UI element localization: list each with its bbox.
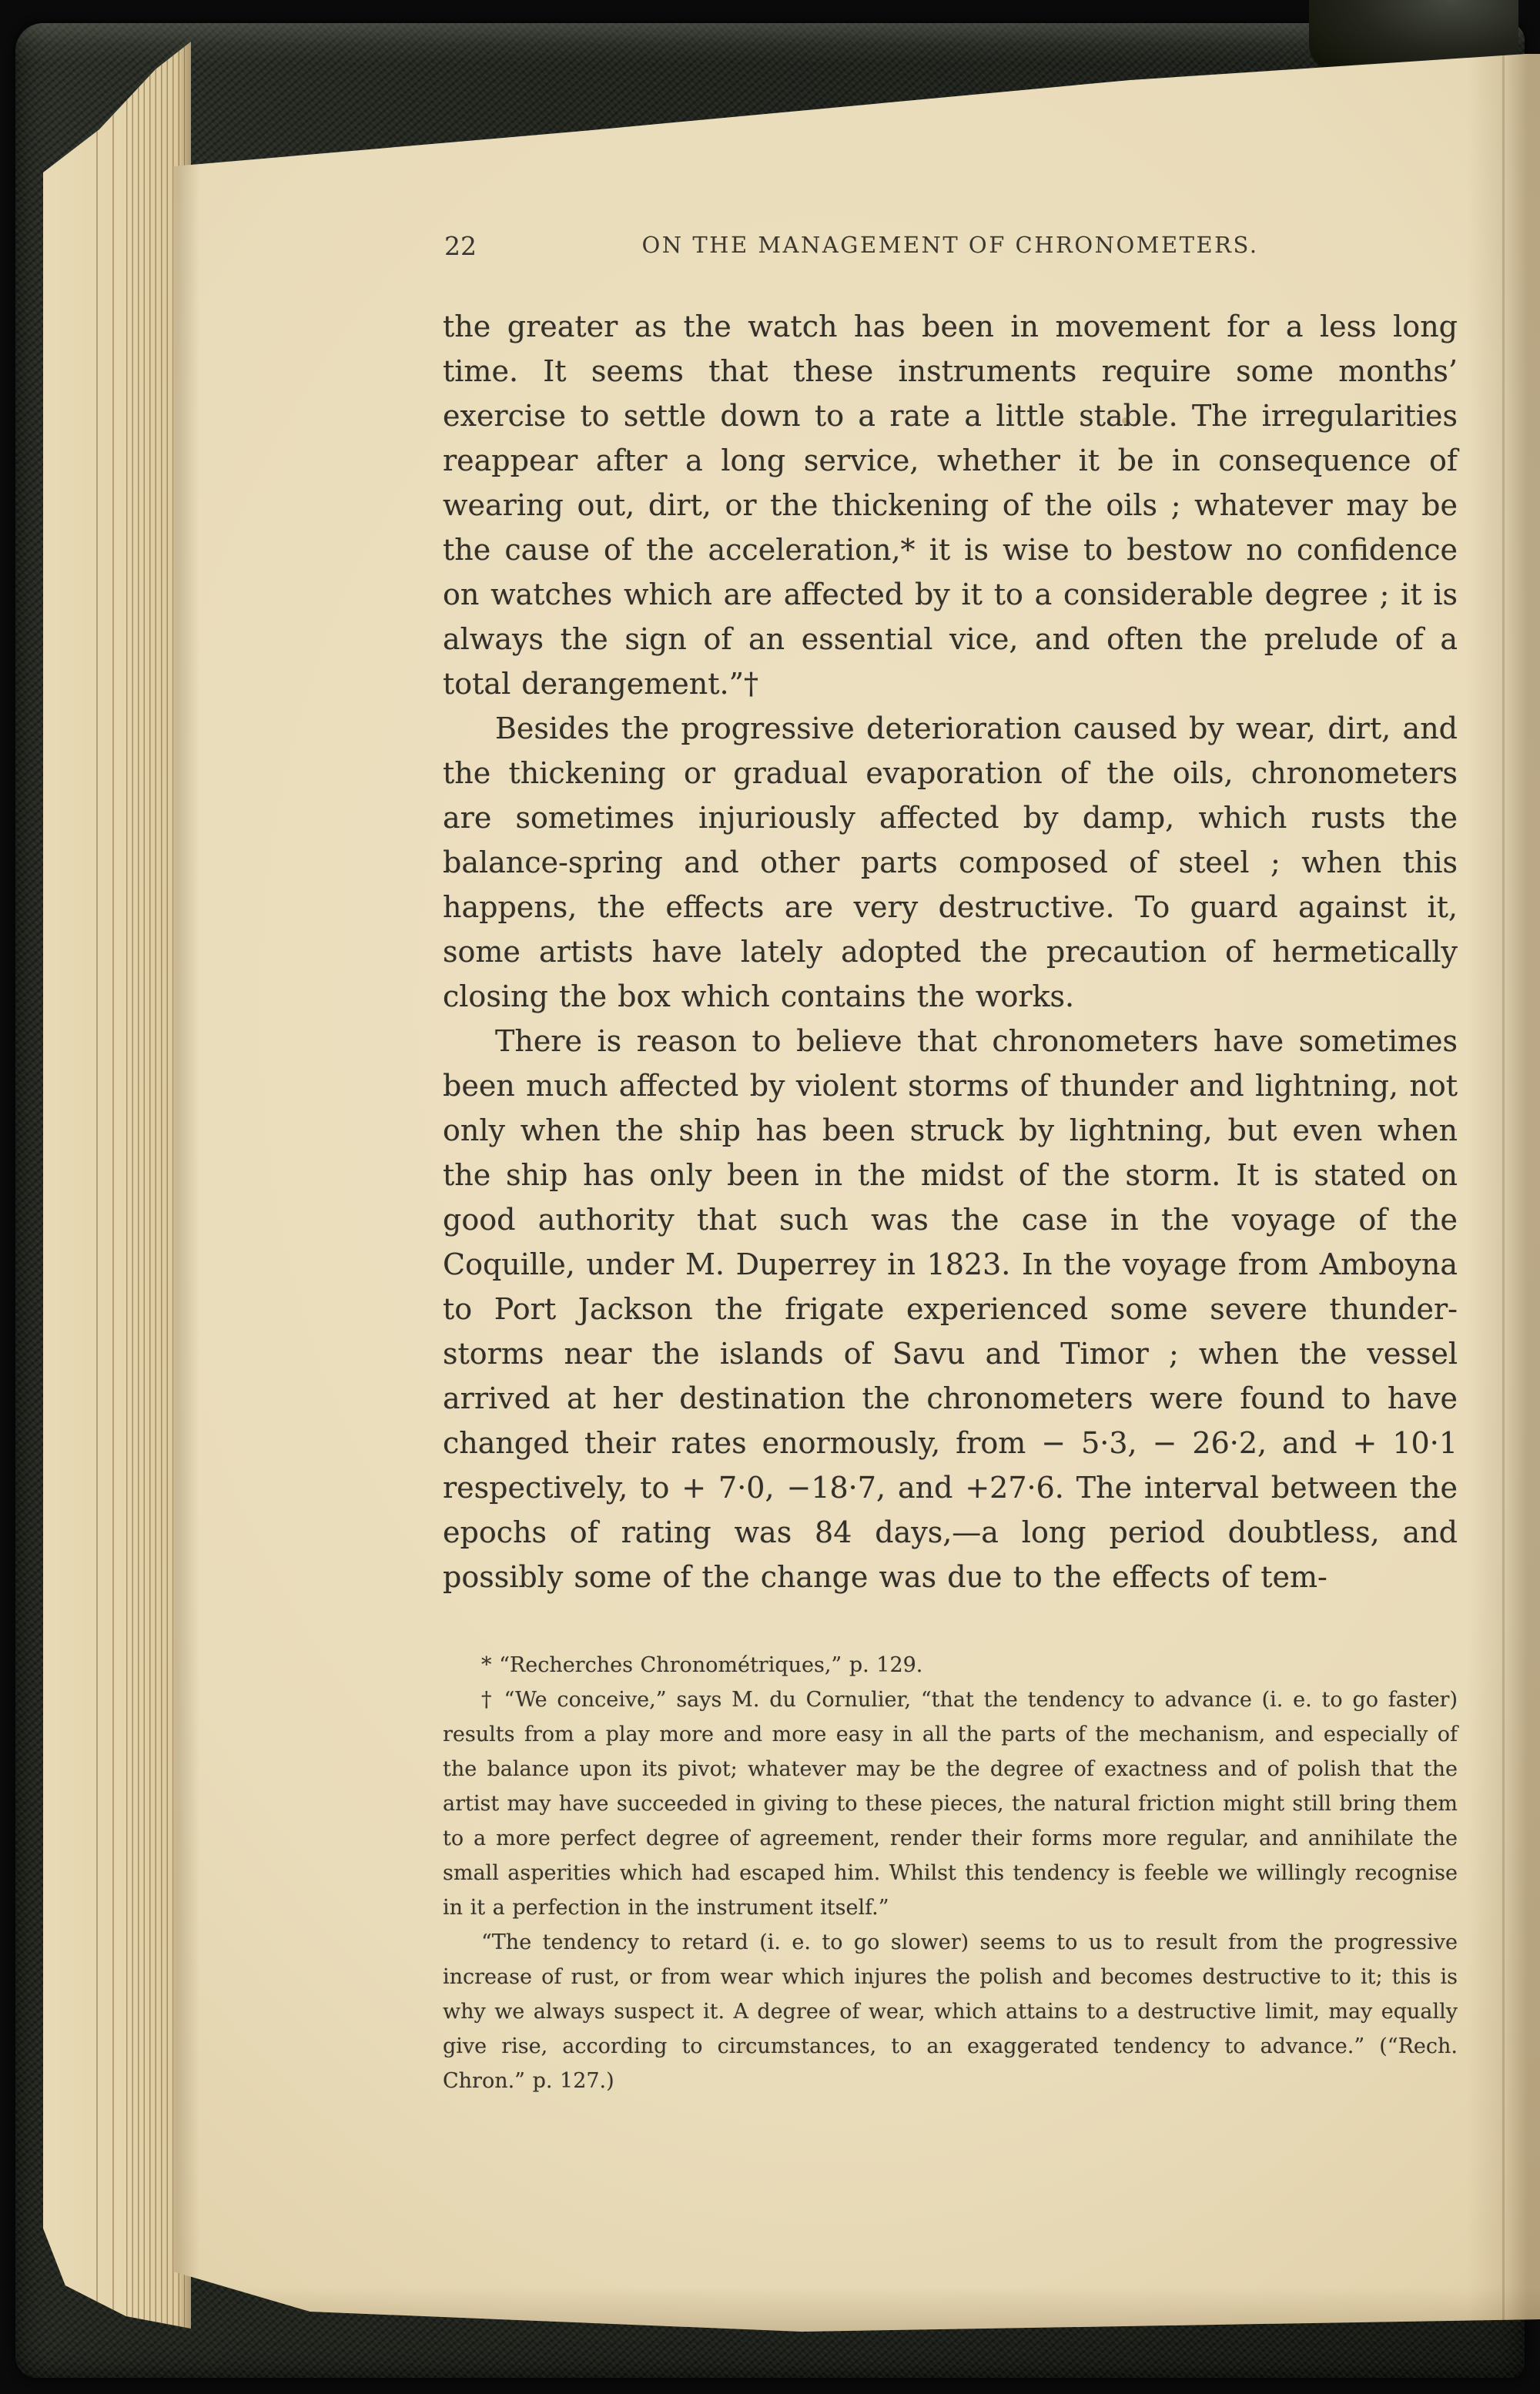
footnote: † “We conceive,” says M. du Cornulier, “… — [443, 1682, 1458, 1925]
book-scan: 22 ON THE MANAGEMENT OF CHRONOMETERS. th… — [0, 0, 1540, 2394]
footnote: “The tendency to retard (i. e. to go slo… — [443, 1925, 1458, 2098]
page-number: 22 — [444, 231, 477, 262]
footnotes: * “Recherches Chronométriques,” p. 129. … — [443, 1648, 1458, 2098]
page-edge-stack — [43, 35, 191, 2329]
body-paragraph: Besides the progressive deterioration ca… — [443, 706, 1458, 1019]
footnote: * “Recherches Chronométriques,” p. 129. — [443, 1648, 1458, 1682]
body-paragraph: There is reason to believe that chronome… — [443, 1019, 1458, 1599]
running-title: ON THE MANAGEMENT OF CHRONOMETERS. — [443, 229, 1458, 260]
body-text: the greater as the watch has been in mov… — [443, 304, 1458, 1599]
book-page: 22 ON THE MANAGEMENT OF CHRONOMETERS. th… — [173, 45, 1540, 2341]
page-header: 22 ON THE MANAGEMENT OF CHRONOMETERS. — [443, 229, 1458, 270]
page-edge-lines-sparse — [82, 35, 123, 2329]
gutter-fold-line — [1502, 45, 1505, 2341]
body-paragraph: the greater as the watch has been in mov… — [443, 304, 1458, 706]
